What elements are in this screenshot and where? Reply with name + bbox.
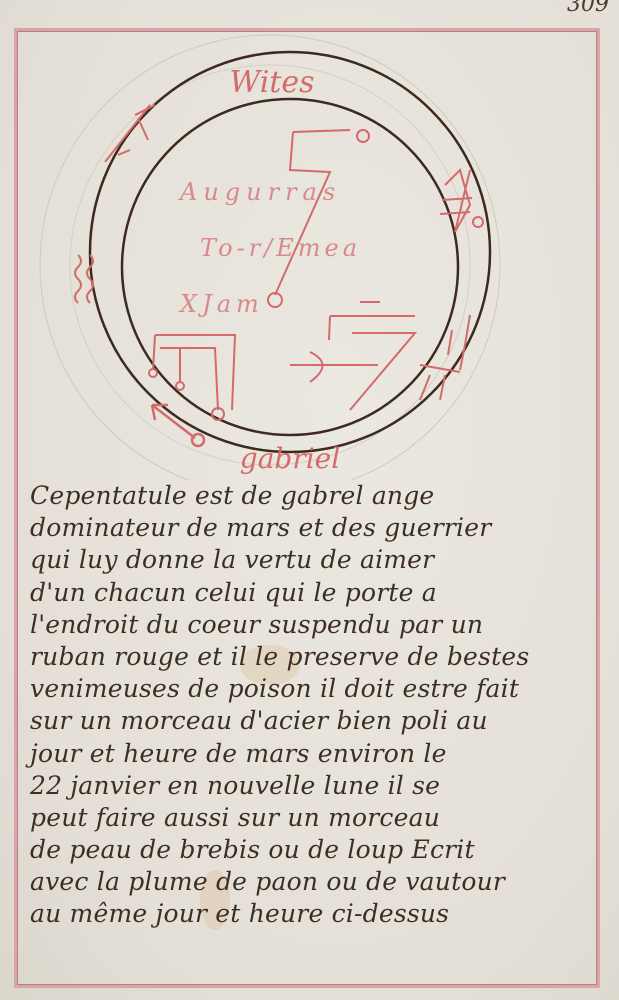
text-line: au même jour et heure ci-dessus <box>30 898 600 930</box>
manuscript-page: 309 Wites gabriel <box>0 0 619 1000</box>
text-line: jour et heure de mars environ le <box>30 738 600 770</box>
text-line: sur un morceau d'acier bien poli au <box>30 705 600 737</box>
manuscript-body-text: Cepentatule est de gabrel ange dominateu… <box>30 480 600 931</box>
seal-inner-line-1: Augurras <box>178 178 341 206</box>
faint-guide-circle <box>70 65 470 465</box>
text-line: Cepentatule est de gabrel ange <box>30 480 600 512</box>
text-line: venimeuses de poison il doit estre fait <box>30 673 600 705</box>
seal-bottom-label: gabriel <box>240 442 340 475</box>
seal-inner-line-3: XJam <box>178 290 264 318</box>
sigil-right-gate <box>420 315 470 400</box>
text-line: peut faire aussi sur un morceau <box>30 802 600 834</box>
inner-ring <box>122 99 458 435</box>
sigil-bottom-arrow <box>152 405 204 446</box>
seal-inner-line-2: To-r/Emea <box>200 234 361 262</box>
text-line: l'endroit du coeur suspendu par un <box>30 609 600 641</box>
angel-seal-diagram: Wites gabriel Augurras To-r/Emea <box>0 0 619 480</box>
text-line: dominateur de mars et des guerrier <box>30 512 600 544</box>
text-line: 22 janvier en nouvelle lune il se <box>30 770 600 802</box>
sigil-center-seven <box>268 130 369 307</box>
seal-top-label: Wites <box>229 65 314 100</box>
text-line: d'un chacun celui qui le porte a <box>30 577 600 609</box>
text-line: qui luy donne la vertu de aimer <box>30 544 600 576</box>
sigil-lower-right-trident <box>290 302 415 410</box>
text-line: ruban rouge et il le preserve de bestes <box>30 641 600 673</box>
text-line: de peau de brebis ou de loup Ecrit <box>30 834 600 866</box>
text-line: avec la plume de paon ou de vautour <box>30 866 600 898</box>
